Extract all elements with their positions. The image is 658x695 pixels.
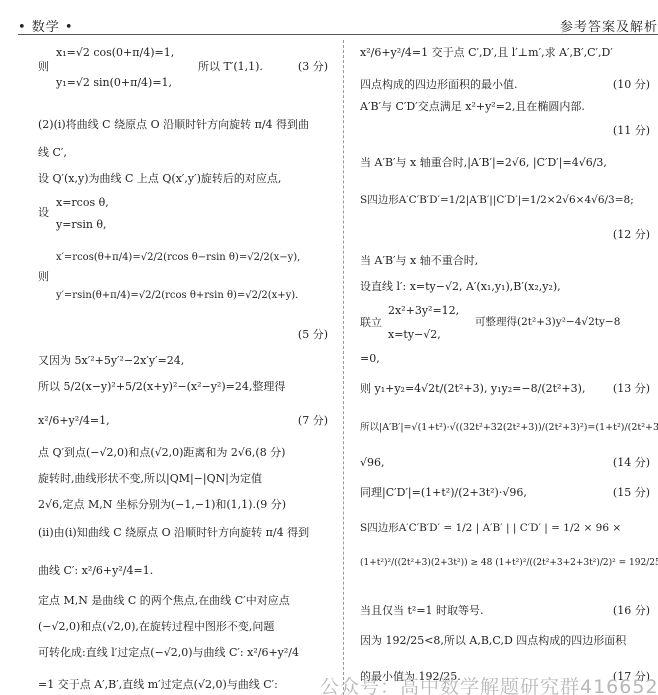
score-label: (12 分)	[613, 228, 650, 242]
score-label: (10 分)	[613, 78, 650, 92]
page-header: • 数学 • 参考答案及解析	[18, 14, 658, 35]
text-line: =0,	[360, 352, 650, 366]
inequality-line: (1+t²)²/((2t²+3)(2+3t²)) ≥ 48 (1+t²)²/((…	[360, 558, 650, 569]
text-line: 当 A′B′与 x 轴重合时,|A′B′|=2√6, |C′D′|=4√6/3,	[360, 156, 650, 170]
text-line: (−√2,0)和点(√2,0),在旋转过程中图形不变,问题	[38, 620, 328, 634]
subject-label: • 数学 •	[18, 16, 74, 35]
text-line: 所以|A′B′|=√(1+t²)·√((32t²+32(2t²+3))/(2t²…	[360, 422, 650, 434]
text-line: 设 Q′(x,y)为曲线 C 上点 Q(x′,y′)旋转后的对应点,	[38, 172, 328, 186]
text-line: √96,	[360, 456, 650, 470]
text-line: 设直线 l′: x=ty−√2, A′(x₁,y₁),B′(x₂,y₂),	[360, 280, 650, 294]
text-line: 当 A′B′与 x 轴不重合时,	[360, 254, 650, 268]
equation-line: x₁=√2 cos(0+π/4)=1,	[56, 46, 328, 60]
text-line: 所以 5/2(x−y)²+5/2(x+y)²−(x²−y²)=24,整理得	[38, 380, 328, 394]
equation-line: x=ty−√2,	[388, 328, 650, 342]
equation-line: y=rsin θ,	[56, 218, 328, 232]
area-formula: S四边形A′C′B′D′ = 1/2 | A′B′ | | C′D′ | = 1…	[360, 522, 650, 535]
text-line: 定点 M,N 是曲线 C 的两个焦点,在曲线 C′中对应点	[38, 594, 328, 608]
equation-line: y′=rsin(θ+π/4)=√2/2(rcos θ+rsin θ)=√2/2(…	[56, 290, 328, 303]
text-line: =1 交于点 A′,B′,直线 m′过定点(√2,0)与曲线 C′:	[38, 678, 328, 692]
score-label: (7 分)	[298, 414, 328, 428]
text-line: 2√6,定点 M,N 坐标分别为(−1,−1)和(1,1).(9 分)	[38, 498, 328, 512]
text-line: 旋转时,曲线形状不变,所以|QM|−|QN|为定值	[38, 472, 328, 486]
system-prefix: 则	[38, 270, 328, 284]
text-line: 因为 192/25<8,所以 A,B,C,D 四点构成的四边形面积	[360, 634, 650, 648]
score-label: (14 分)	[613, 456, 650, 470]
text-line: 同理|C′D′|=(1+t²)/(2+3t²)·√96,	[360, 486, 650, 500]
score-label: (3 分)	[298, 60, 328, 74]
equation-line: x=rcos θ,	[56, 196, 328, 210]
equation-line: x′=rcos(θ+π/4)=√2/2(rcos θ−rsin θ)=√2/2(…	[56, 252, 328, 265]
text-line: 四点构成的四边形面积的最小值.	[360, 78, 650, 92]
equation-line: y₁=√2 sin(0+π/4)=1,	[56, 76, 328, 90]
text-line: 可转化成:直线 l′过定点(−√2,0)与曲线 C′: x²/6+y²/4	[38, 646, 328, 660]
text-line: (ii)由(i)知曲线 C 绕原点 O 沿顺时针方向旋转 π/4 得到	[38, 526, 328, 540]
column-divider	[343, 40, 344, 695]
score-label: (13 分)	[613, 382, 650, 396]
section-title: 参考答案及解析	[560, 16, 658, 35]
text-line: x²/6+y²/4=1 交于点 C′,D′,且 l′⊥m′,求 A′,B′,C′…	[360, 46, 650, 60]
text-line: 曲线 C′: x²/6+y²/4=1.	[38, 564, 328, 578]
text-line: x²/6+y²/4=1,	[38, 414, 328, 428]
score-label: (11 分)	[613, 124, 650, 138]
text-line: A′B′与 C′D′交点满足 x²+y²=2,且在椭圆内部.	[360, 100, 650, 114]
text-line: 则 y₁+y₂=4√2t/(2t²+3), y₁y₂=−8/(2t²+3),	[360, 382, 650, 396]
text-line: 点 Q′到点(−√2,0)和点(√2,0)距离和为 2√6,(8 分)	[38, 446, 328, 460]
text-line: (2)(i)将曲线 C 绕原点 O 沿顺时针方向旋转 π/4 得到曲	[38, 118, 328, 132]
score-label: (16 分)	[613, 604, 650, 618]
text-line: 线 C′,	[38, 146, 328, 160]
text-line: 又因为 5x′²+5y′²−2x′y′=24,	[38, 354, 328, 368]
watermark: 公众号：高中数学解题研究群416652117	[320, 672, 658, 695]
area-formula: S四边形A′C′B′D′=1/2|A′B′||C′D′|=1/2×2√6×4√6…	[360, 194, 650, 207]
score-label: (5 分)	[298, 328, 328, 342]
text-line: 当且仅当 t²=1 时取等号.	[360, 604, 650, 618]
score-label: (15 分)	[613, 486, 650, 500]
text-line: 可整理得(2t²+3)y²−4√2ty−8	[475, 316, 650, 329]
system-prefix: 则	[38, 60, 49, 73]
